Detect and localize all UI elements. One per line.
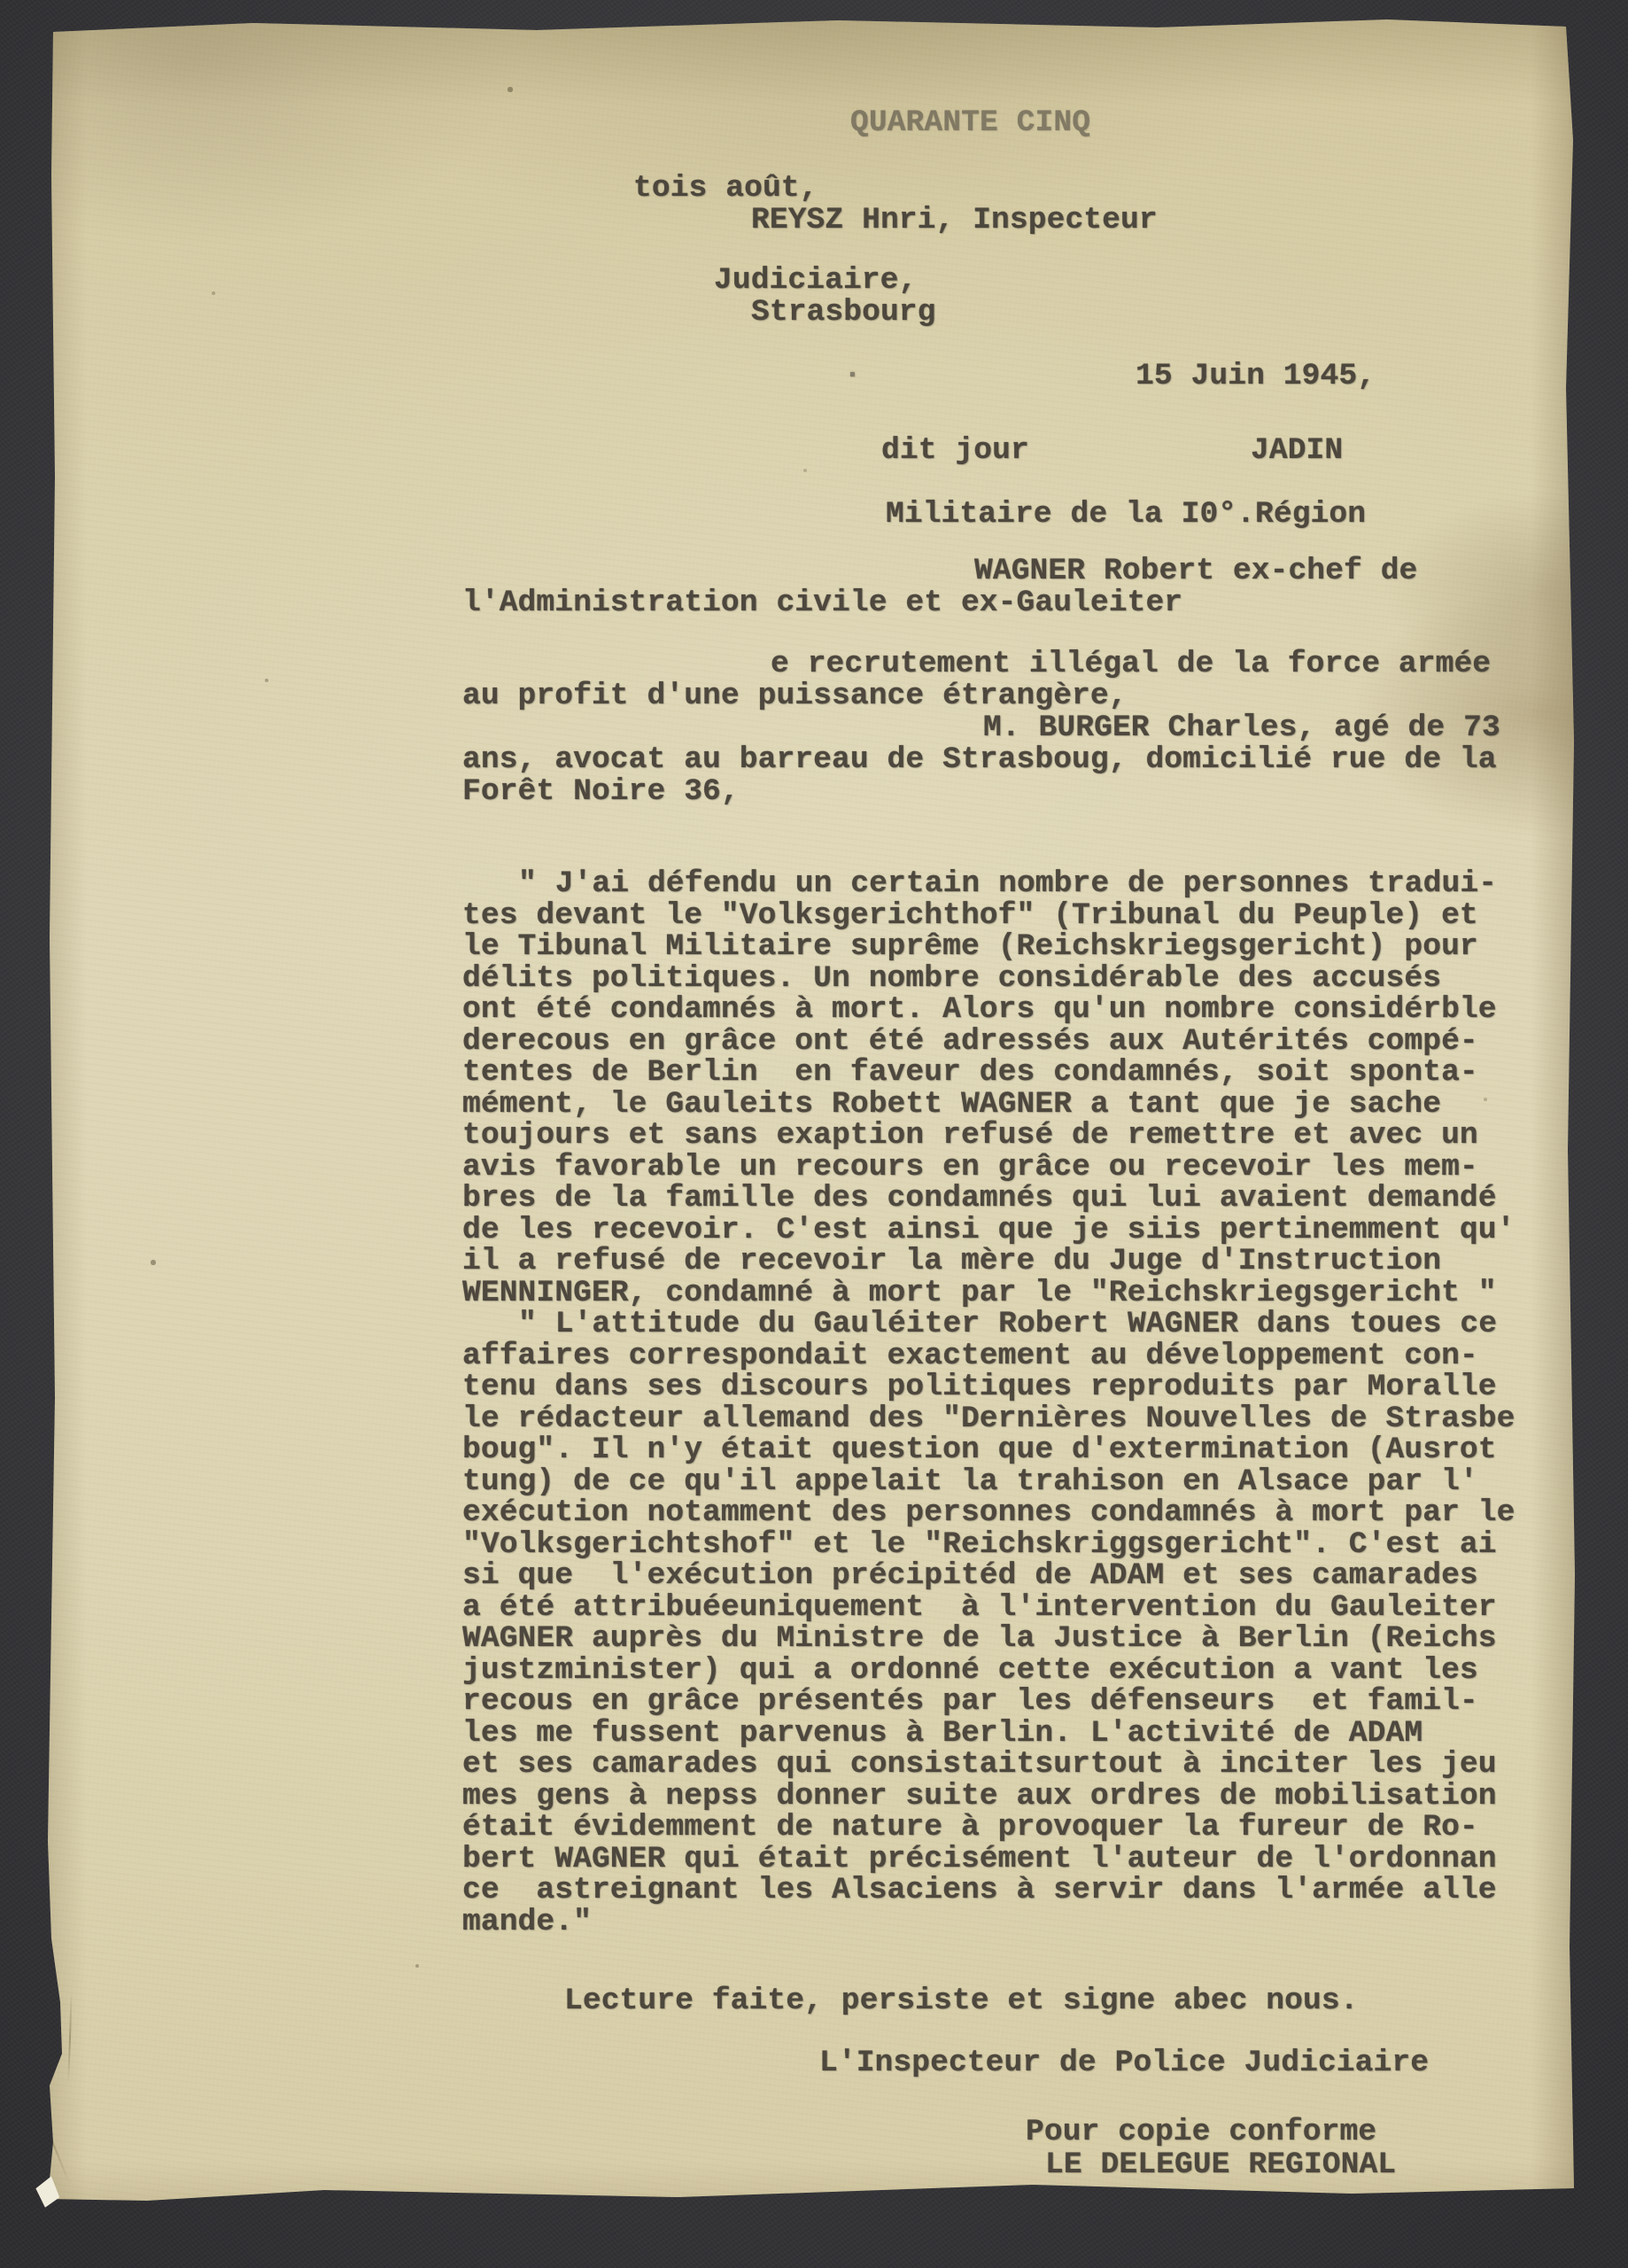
- paper: [41, 16, 1577, 2227]
- paper-edge-vignette: [41, 16, 1577, 2227]
